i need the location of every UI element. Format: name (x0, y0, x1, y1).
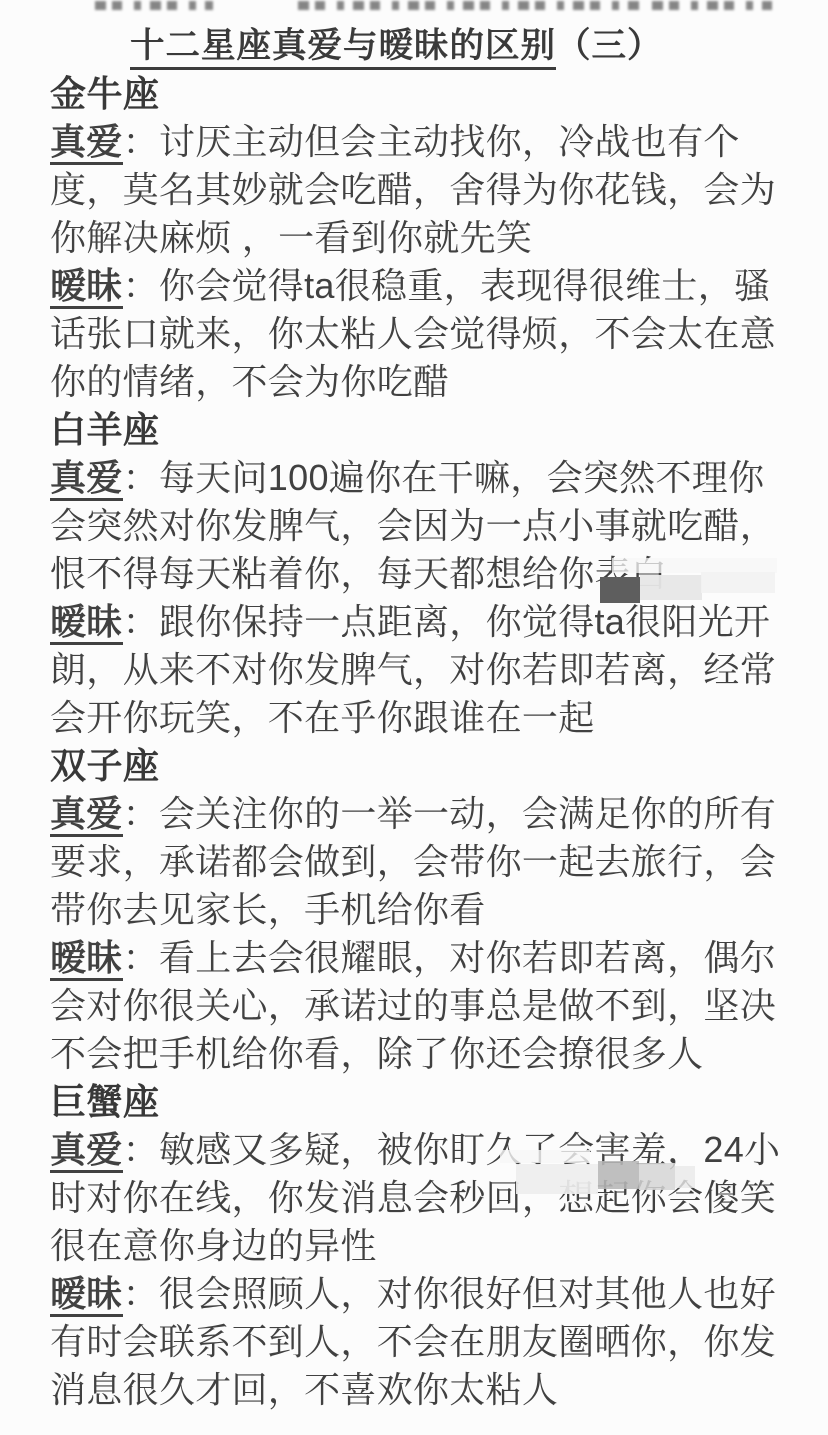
text-line: 暧昧：跟你保持一点距离，你觉得ta很阳光开 (50, 598, 788, 646)
true-love-paragraph: 真爱：会关注你的一举一动，会满足你的所有要求，承诺都会做到，会带你一起去旅行，会… (50, 790, 788, 934)
article-body: 金牛座真爱：讨厌主动但会主动找你，冷战也有个度，莫名其妙就会吃醋，舍得为你花钱，… (0, 70, 828, 1414)
text-line: 会开你玩笑，不在乎你跟谁在一起 (50, 694, 788, 742)
true-love-paragraph: 真爱：每天问100遍你在干嘛，会突然不理你会突然对你发脾气，会因为一点小事就吃醋… (50, 454, 788, 598)
text-line: 真爱：敏感又多疑，被你盯久了会害羞，24小 (50, 1126, 788, 1174)
text-line: 会突然对你发脾气，会因为一点小事就吃醋， (50, 502, 788, 550)
text-line: 真爱：讨厌主动但会主动找你，冷战也有个 (50, 118, 788, 166)
text-line: 你解决麻烦 ，一看到你就先笑 (50, 214, 788, 262)
zodiac-sign-header: 白羊座 (50, 406, 788, 454)
paragraph-label: 暧昧 (50, 601, 123, 645)
cropped-text-fragment (298, 1, 643, 10)
text-line: 很在意你身边的异性 (50, 1222, 788, 1270)
zodiac-section: 巨蟹座真爱：敏感又多疑，被你盯久了会害羞，24小时对你在线，你发消息会秒回，想起… (50, 1078, 788, 1414)
text-line: 暧昧：你会觉得ta很稳重，表现得很维士，骚 (50, 262, 788, 310)
zodiac-section: 双子座真爱：会关注你的一举一动，会满足你的所有要求，承诺都会做到，会带你一起去旅… (50, 742, 788, 1078)
paragraph-label: 暧昧 (50, 937, 123, 981)
true-love-paragraph: 真爱：敏感又多疑，被你盯久了会害羞，24小时对你在线，你发消息会秒回，想起你会傻… (50, 1126, 788, 1270)
page-title-main: 十二星座真爱与暧昧的区别 (130, 27, 556, 70)
cropped-text-fragment (95, 1, 213, 10)
paragraph-label: 真爱 (50, 793, 123, 837)
ambiguity-paragraph: 暧昧：很会照顾人，对你很好但对其他人也好有时会联系不到人，不会在朋友圈晒你，你发… (50, 1270, 788, 1414)
text-line: 你的情绪，不会为你吃醋 (50, 358, 788, 406)
paragraph-label: 真爱 (50, 121, 123, 165)
text-line: 带你去见家长，手机给你看 (50, 886, 788, 934)
text-line: 不会把手机给你看，除了你还会撩很多人 (50, 1030, 788, 1078)
ambiguity-paragraph: 暧昧：看上去会很耀眼，对你若即若离，偶尔会对你很关心，承诺过的事总是做不到，坚决… (50, 934, 788, 1078)
ambiguity-paragraph: 暧昧：跟你保持一点距离，你觉得ta很阳光开朗，从来不对你发脾气，对你若即若离，经… (50, 598, 788, 742)
zodiac-sign-header: 双子座 (50, 742, 788, 790)
text-line: 朗，从来不对你发脾气，对你若即若离，经常 (50, 646, 788, 694)
text-line: 有时会联系不到人，不会在朋友圈晒你，你发 (50, 1318, 788, 1366)
zodiac-section: 白羊座真爱：每天问100遍你在干嘛，会突然不理你会突然对你发脾气，会因为一点小事… (50, 406, 788, 742)
text-line: 暧昧：看上去会很耀眼，对你若即若离，偶尔 (50, 934, 788, 982)
text-line: 时对你在线，你发消息会秒回，想起你会傻笑 (50, 1174, 788, 1222)
text-line: 度，莫名其妙就会吃醋，舍得为你花钱，会为 (50, 166, 788, 214)
text-line: 话张口就来，你太粘人会觉得烦，不会太在意 (50, 310, 788, 358)
text-line: 消息很久才回，不喜欢你太粘人 (50, 1366, 788, 1414)
text-line: 会对你很关心，承诺过的事总是做不到，坚决 (50, 982, 788, 1030)
paragraph-label: 真爱 (50, 457, 123, 501)
zodiac-sign-header: 金牛座 (50, 70, 788, 118)
page: { "page": { "background_color": "#fcfcfc… (0, 0, 828, 1435)
cropped-text-line (0, 0, 828, 21)
text-line: 暧昧：很会照顾人，对你很好但对其他人也好 (50, 1270, 788, 1318)
zodiac-sign-header: 巨蟹座 (50, 1078, 788, 1126)
cropped-text-fragment (652, 1, 772, 10)
paragraph-label: 真爱 (50, 1129, 123, 1173)
paragraph-label: 暧昧 (50, 1273, 123, 1317)
page-title-suffix: （三） (556, 27, 663, 65)
text-line: 恨不得每天粘着你，每天都想给你表白 (50, 550, 788, 598)
true-love-paragraph: 真爱：讨厌主动但会主动找你，冷战也有个度，莫名其妙就会吃醋，舍得为你花钱，会为你… (50, 118, 788, 262)
ambiguity-paragraph: 暧昧：你会觉得ta很稳重，表现得很维士，骚话张口就来，你太粘人会觉得烦，不会太在… (50, 262, 788, 406)
text-line: 真爱：每天问100遍你在干嘛，会突然不理你 (50, 454, 788, 502)
text-line: 真爱：会关注你的一举一动，会满足你的所有 (50, 790, 788, 838)
zodiac-section: 金牛座真爱：讨厌主动但会主动找你，冷战也有个度，莫名其妙就会吃醋，舍得为你花钱，… (50, 70, 788, 406)
paragraph-label: 暧昧 (50, 265, 123, 309)
page-title: 十二星座真爱与暧昧的区别（三） (130, 23, 828, 70)
text-line: 要求，承诺都会做到，会带你一起去旅行，会 (50, 838, 788, 886)
